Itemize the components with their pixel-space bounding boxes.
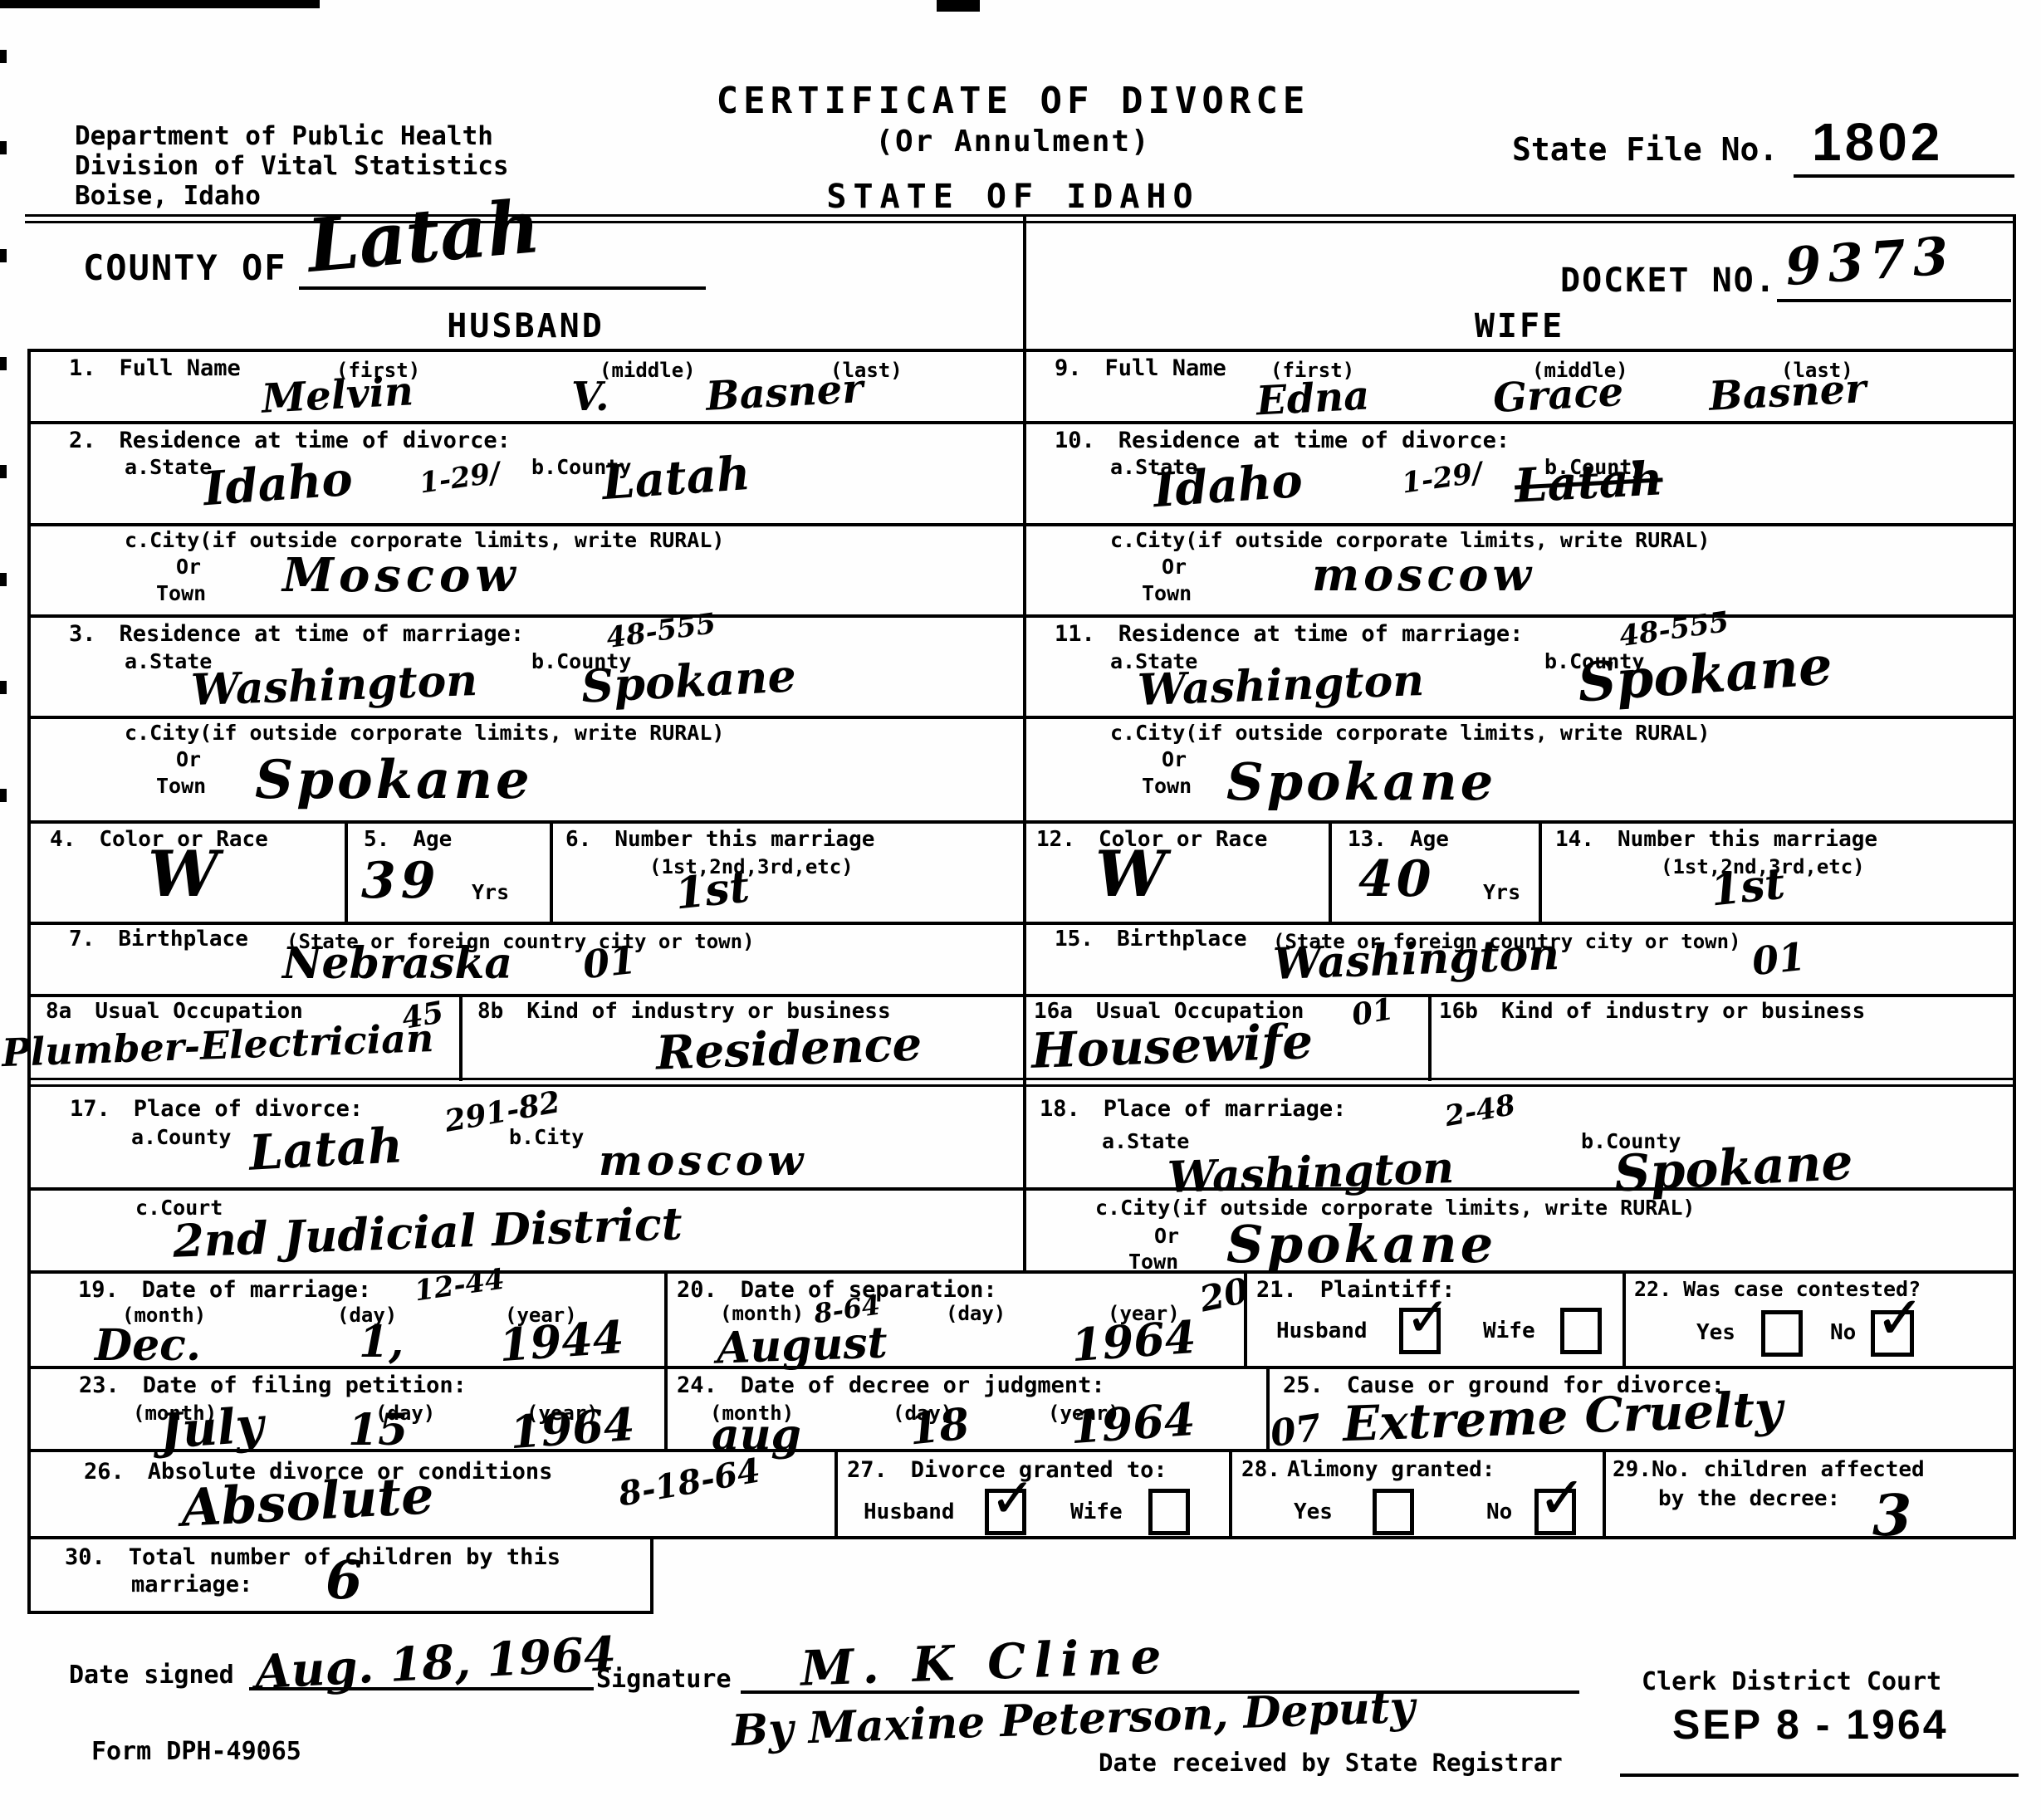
scan-artifact — [0, 0, 320, 8]
date-marriage-year-value: 1944 — [497, 1310, 625, 1372]
field-29-label-line2: by the decree: — [1658, 1486, 1840, 1511]
rule — [27, 1078, 2014, 1080]
absolute-value: Absolute — [179, 1465, 435, 1539]
date-decree-year-value: 1964 — [1069, 1392, 1197, 1454]
rule — [27, 421, 2014, 424]
place-divorce-city-value: moscow — [599, 1136, 807, 1185]
docket-no-value: 9373 — [1784, 225, 1957, 297]
wife-first-name-value: Edna — [1255, 372, 1371, 424]
field-27-no: 27. — [847, 1457, 888, 1483]
field-13-no: 13. — [1348, 827, 1387, 852]
wife-age-value: 40 — [1358, 850, 1435, 908]
field-1-no: 1. — [69, 355, 96, 381]
field-10-town-sublabel: Town — [1142, 581, 1192, 605]
field-10-label: Residence at time of divorce: — [1118, 428, 1510, 453]
field-18-state-sublabel: a.State — [1102, 1129, 1189, 1153]
field-12-no: 12. — [1036, 827, 1075, 852]
husband-county-divorce-value: Latah — [600, 446, 752, 511]
department-line-1: Department of Public Health — [75, 121, 493, 151]
husband-birthplace-value: Nebraska — [282, 938, 512, 989]
field-3-or-sublabel: Or — [176, 747, 201, 771]
alimony-yes-label: Yes — [1294, 1500, 1333, 1524]
clerk-district-court-label: Clerk District Court — [1642, 1667, 1941, 1696]
right-border — [2013, 214, 2016, 1539]
field-18-no: 18. — [1040, 1096, 1080, 1122]
wife-column-caption: WIFE — [1353, 307, 1686, 345]
place-marriage-state-value: Washington — [1167, 1142, 1455, 1203]
field-29-caption: 29.No. children affected — [1613, 1457, 1925, 1482]
husband-birthplace-code: 01 — [580, 937, 638, 987]
field-10-caption: 10.Residence at time of divorce: — [1055, 428, 1510, 453]
field-7-caption: 7.Birthplace — [69, 927, 248, 952]
husband-marriage-number-value: 1st — [673, 861, 751, 919]
rule — [27, 716, 2014, 719]
cell-divider — [664, 1270, 668, 1452]
field-3-caption: 3.Residence at time of marriage: — [69, 621, 524, 647]
field-23-no: 23. — [79, 1372, 120, 1398]
field-16a-no: 16a — [1034, 999, 1073, 1024]
rule — [27, 349, 2014, 352]
date-marriage-month-value: Dec. — [95, 1320, 201, 1371]
cell-divider — [459, 994, 463, 1081]
field-10-or-sublabel: Or — [1162, 555, 1187, 579]
department-line-2: Division of Vital Statistics — [75, 151, 509, 181]
field-20-no: 20. — [677, 1277, 717, 1303]
scan-artifact — [937, 0, 980, 12]
field-18-or-sublabel: Or — [1154, 1224, 1179, 1248]
field-23-caption: 23.Date of filing petition: — [79, 1372, 467, 1398]
field-18-label: Place of marriage: — [1104, 1096, 1347, 1122]
field-11-caption: 11.Residence at time of marriage: — [1055, 621, 1523, 647]
husband-column-caption: HUSBAND — [360, 307, 692, 345]
left-border — [27, 349, 31, 1614]
contested-yes-label: Yes — [1696, 1320, 1735, 1345]
wife-town-marriage-value: Spokane — [1226, 751, 1496, 812]
department-line-3: Boise, Idaho — [75, 181, 261, 211]
document-subtitle: (Or Annulment) — [523, 125, 1503, 159]
field-16b-no: 16b — [1439, 999, 1478, 1024]
field-2-caption: 2.Residence at time of divorce: — [69, 428, 511, 453]
field-30-caption: 30.Total number of children by this — [65, 1544, 560, 1570]
field-9-caption: 9.Full Name — [1055, 355, 1226, 381]
field-20-day-sublabel: (day) — [946, 1302, 1006, 1325]
field-3-city-sublabel: c.City(if outside corporate limits, writ… — [125, 721, 724, 745]
field-9-no: 9. — [1055, 355, 1082, 381]
rule — [27, 1366, 2014, 1369]
center-divider — [1023, 214, 1026, 1274]
cell-divider — [1539, 820, 1542, 925]
field-5-caption: 5.Age — [364, 827, 452, 852]
field-13-yrs-label: Yrs — [1483, 880, 1520, 904]
certificate-of-divorce-document: Department of Public Health Division of … — [0, 0, 2041, 1820]
state-of-idaho-label: STATE OF IDAHO — [523, 178, 1503, 216]
county-of-value: Latah — [304, 183, 544, 289]
field-29-label: No. children affected — [1652, 1457, 1925, 1482]
wife-birthplace-value: Washington — [1272, 929, 1560, 990]
field-16b-label: Kind of industry or business — [1501, 999, 1865, 1024]
plaintiff-husband-label: Husband — [1276, 1319, 1368, 1343]
granted-husband-label: Husband — [864, 1500, 955, 1524]
date-separation-year-value: 1964 — [1069, 1310, 1197, 1372]
field-3-label: Residence at time of marriage: — [120, 621, 525, 647]
alimony-yes-checkbox — [1373, 1489, 1414, 1535]
wife-middle-name-value: Grace — [1492, 369, 1625, 422]
husband-age-value: 39 — [361, 852, 441, 910]
field-14-caption: 14.Number this marriage — [1555, 827, 1877, 852]
field-19-caption: 19.Date of marriage: — [78, 1277, 371, 1303]
field-30-label-line2: marriage: — [131, 1572, 252, 1597]
field-28-label: Alimony granted: — [1287, 1457, 1495, 1482]
field-8a-caption: 8aUsual Occupation — [46, 999, 303, 1024]
field-11-or-sublabel: Or — [1162, 747, 1187, 771]
plaintiff-wife-label: Wife — [1483, 1319, 1535, 1343]
wife-town-divorce-value: moscow — [1312, 548, 1535, 601]
wife-marriage-number-value: 1st — [1708, 858, 1787, 916]
wife-occupation-code: 01 — [1349, 991, 1397, 1033]
field-27-label: Divorce granted to: — [911, 1457, 1167, 1483]
husband-county-marriage-value: Spokane — [580, 648, 798, 712]
husband-middle-name-value: V. — [571, 374, 609, 420]
field-7-no: 7. — [69, 927, 95, 952]
cell-divider — [345, 820, 348, 925]
field-24-no: 24. — [677, 1372, 717, 1398]
wife-state-divorce-value: Idaho — [1152, 453, 1304, 518]
scan-artifact — [0, 789, 7, 802]
docket-no-label: DOCKET NO. — [1560, 262, 1777, 300]
wife-occupation-value: Housewife — [1030, 1013, 1314, 1079]
document-title: CERTIFICATE OF DIVORCE — [523, 80, 1503, 122]
rule — [27, 1536, 2014, 1539]
signature-value: M. K Cline — [800, 1627, 1171, 1696]
field-17-caption: 17.Place of divorce: — [70, 1096, 363, 1122]
date-signed-label: Date signed — [69, 1661, 234, 1690]
field-10-no: 10. — [1055, 428, 1095, 453]
wife-birthplace-code: 01 — [1750, 934, 1807, 984]
field-8a-no: 8a — [46, 999, 71, 1024]
contested-yes-checkbox — [1761, 1310, 1803, 1357]
field-4-no: 4. — [50, 827, 76, 852]
field-11-no: 11. — [1055, 621, 1095, 647]
field-6-label: Number this marriage — [614, 827, 874, 852]
field-24-caption: 24.Date of decree or judgment: — [677, 1372, 1105, 1398]
form-number-label: Form DPH-49065 — [91, 1737, 301, 1766]
cell-divider — [1329, 820, 1332, 925]
docket-underline — [1777, 299, 2011, 302]
field-11-label: Residence at time of marriage: — [1118, 621, 1524, 647]
received-date-stamp: SEP 8 - 1964 — [1672, 1700, 1949, 1749]
field-25-no: 25. — [1283, 1372, 1324, 1398]
husband-first-name-value: Melvin — [261, 368, 415, 422]
contested-no-checkmark: ✓ — [1875, 1283, 1925, 1353]
cell-divider — [1266, 1366, 1270, 1452]
husband-industry-value: Residence — [655, 1016, 923, 1080]
date-received-underline — [1620, 1774, 2019, 1777]
signature-label: Signature — [596, 1665, 732, 1694]
plaintiff-husband-checkmark: ✓ — [1405, 1285, 1451, 1349]
absolute-code: 8-18-64 — [615, 1451, 763, 1514]
field-28-caption: 28.Alimony granted: — [1241, 1457, 1495, 1482]
field-1-middle-sublabel: (middle) — [600, 359, 696, 382]
field-13-label: Age — [1410, 827, 1449, 852]
husband-occupation-value: Plumber-Electrician — [1, 1015, 434, 1075]
field-28-no: 28. — [1241, 1457, 1280, 1482]
cell-divider — [1229, 1449, 1232, 1539]
husband-state-divorce-value: Idaho — [202, 452, 355, 516]
husband-race-value: W — [148, 837, 218, 911]
place-marriage-code: 2-48 — [1442, 1089, 1518, 1133]
cell-divider — [650, 1536, 653, 1614]
field-18-town-sublabel: Town — [1128, 1250, 1178, 1274]
date-separation-month-value: August — [716, 1317, 888, 1373]
state-file-no-label: State File No. — [1512, 131, 1778, 168]
scan-artifact — [0, 141, 7, 154]
field-8b-no: 8b — [477, 999, 503, 1024]
husband-town-marriage-value: Spokane — [255, 749, 533, 811]
field-15-label: Birthplace — [1117, 927, 1247, 952]
field-2-label: Residence at time of divorce: — [120, 428, 511, 453]
scan-artifact — [0, 249, 7, 262]
field-14-label: Number this marriage — [1618, 827, 1877, 852]
field-23-label: Date of filing petition: — [143, 1372, 467, 1398]
field-6-no: 6. — [565, 827, 591, 852]
field-2-town-sublabel: Town — [156, 581, 206, 605]
field-16b-caption: 16bKind of industry or business — [1439, 999, 1865, 1024]
field-14-no: 14. — [1555, 827, 1594, 852]
wife-state-divorce-code: 1-29/ — [1400, 456, 1485, 500]
field-6-caption: 6.Number this marriage — [565, 827, 874, 852]
field-1-label: Full Name — [120, 355, 241, 381]
wife-county-divorce-value: Latah — [1513, 451, 1664, 513]
cell-divider — [835, 1449, 838, 1539]
alimony-no-label: No — [1486, 1500, 1512, 1524]
children-affected-value: 3 — [1872, 1483, 1911, 1549]
field-26-no: 26. — [84, 1459, 125, 1485]
children-total-value: 6 — [325, 1549, 363, 1612]
husband-last-name-value: Basner — [705, 365, 864, 420]
field-19-no: 19. — [78, 1277, 119, 1303]
field-29-no: 29. — [1613, 1457, 1652, 1482]
field-22-no: 22. — [1634, 1277, 1671, 1301]
field-1-caption: 1.Full Name — [69, 355, 241, 381]
date-filing-month-value: July — [158, 1397, 266, 1460]
rule — [27, 994, 2014, 997]
cell-divider — [1603, 1449, 1606, 1539]
rule — [27, 820, 2014, 824]
rule — [27, 1084, 2014, 1087]
date-decree-day-value: 18 — [907, 1398, 972, 1455]
place-marriage-county-value: Spokane — [1613, 1133, 1854, 1204]
state-file-no-underline — [1794, 174, 2014, 178]
field-9-label: Full Name — [1105, 355, 1226, 381]
granted-wife-label: Wife — [1070, 1500, 1123, 1524]
field-5-no: 5. — [364, 827, 389, 852]
field-30-no: 30. — [65, 1544, 105, 1570]
rule — [27, 1449, 2014, 1452]
field-19-label: Date of marriage: — [142, 1277, 371, 1303]
field-13-caption: 13.Age — [1348, 827, 1449, 852]
scan-artifact — [0, 50, 7, 63]
cell-divider — [1428, 994, 1432, 1081]
date-filing-day-value: 15 — [348, 1405, 408, 1456]
scan-artifact — [0, 681, 7, 694]
rule — [27, 1270, 2014, 1274]
field-21-no: 21. — [1256, 1277, 1297, 1303]
field-3-no: 3. — [69, 621, 96, 647]
place-marriage-town-value: Spokane — [1226, 1214, 1496, 1274]
alimony-no-checkmark: ✓ — [1538, 1464, 1587, 1532]
county-of-label: COUNTY OF — [83, 247, 287, 288]
date-marriage-day-value: 1, — [359, 1317, 404, 1367]
field-2-state-sublabel: a.State — [125, 455, 212, 479]
field-11-city-sublabel: c.City(if outside corporate limits, writ… — [1110, 721, 1710, 745]
field-7-label: Birthplace — [118, 927, 248, 952]
rule — [27, 922, 2014, 925]
field-3-town-sublabel: Town — [156, 774, 206, 798]
wife-race-value: W — [1095, 837, 1166, 911]
field-24-label: Date of decree or judgment: — [741, 1372, 1105, 1398]
wife-state-marriage-value: Washington — [1137, 655, 1425, 716]
scan-artifact — [0, 573, 7, 586]
field-8a-label: Usual Occupation — [95, 999, 302, 1024]
field-17-no: 17. — [70, 1096, 110, 1122]
state-file-no-value: 1802 — [1812, 111, 1943, 173]
place-divorce-court-value: 2nd Judicial District — [172, 1196, 683, 1267]
wife-last-name-value: Basner — [1708, 365, 1867, 420]
field-15-caption: 15.Birthplace — [1055, 927, 1247, 952]
granted-husband-checkmark: ✓ — [990, 1466, 1035, 1530]
plaintiff-wife-checkbox — [1560, 1308, 1602, 1354]
field-5-yrs-label: Yrs — [472, 880, 509, 904]
wife-county-marriage-value: Spokane — [1576, 634, 1834, 714]
date-marriage-code: 12-44 — [413, 1263, 507, 1309]
date-received-label: Date received by State Registrar — [1099, 1749, 1563, 1777]
scan-artifact — [0, 465, 7, 478]
husband-state-marriage-value: Washington — [190, 655, 478, 716]
date-filing-year-value: 1964 — [508, 1397, 636, 1459]
husband-town-divorce-value: Moscow — [282, 548, 521, 603]
field-17-label: Place of divorce: — [134, 1096, 363, 1122]
field-18-caption: 18.Place of marriage: — [1040, 1096, 1346, 1122]
field-2-no: 2. — [69, 428, 96, 453]
place-divorce-county-value: Latah — [247, 1117, 404, 1182]
cell-divider — [550, 820, 553, 925]
cause-code: 07 — [1268, 1407, 1324, 1456]
county-underline — [299, 286, 706, 290]
husband-state-divorce-code: 1-29/ — [418, 456, 502, 500]
cell-divider — [1623, 1270, 1626, 1369]
field-2-or-sublabel: Or — [176, 555, 201, 579]
field-11-town-sublabel: Town — [1142, 774, 1192, 798]
rule — [27, 523, 2014, 526]
field-15-no: 15. — [1055, 927, 1094, 952]
scan-artifact — [0, 357, 7, 370]
contested-no-label: No — [1830, 1320, 1856, 1345]
field-5-label: Age — [413, 827, 452, 852]
field-17-county-sublabel: a.County — [131, 1125, 231, 1149]
granted-wife-checkbox — [1148, 1489, 1190, 1535]
field-17-city-sublabel: b.City — [509, 1125, 584, 1149]
